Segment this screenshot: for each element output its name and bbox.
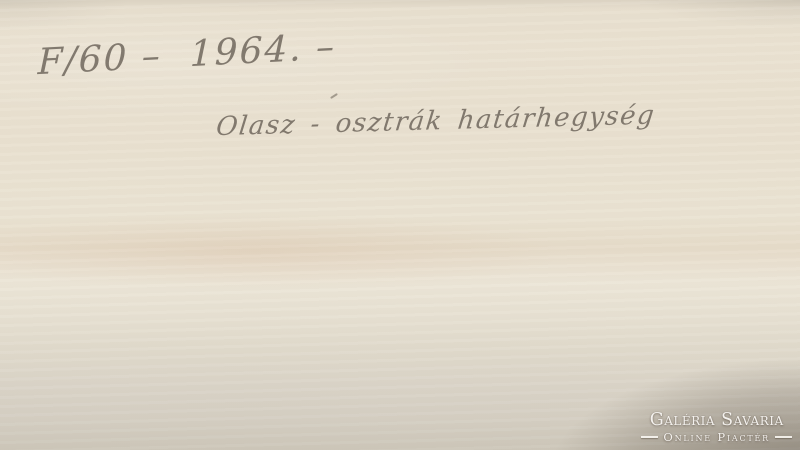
inscription-year: 1964. –	[189, 26, 336, 75]
watermark-brand: Galéria Savaria	[641, 411, 792, 429]
watermark-right-dash	[775, 436, 792, 438]
watermark-left-dash	[641, 436, 658, 438]
watermark-tagline-row: Online Piactér	[641, 430, 792, 444]
watermark-tagline: Online Piactér	[663, 430, 770, 444]
artwork-reverse-photo: F/60 –1964. – Olasz - osztrák határhegys…	[0, 0, 800, 450]
watermark: Galéria Savaria Online Piactér	[641, 411, 792, 444]
catalog-number: F/60 –	[37, 35, 162, 83]
